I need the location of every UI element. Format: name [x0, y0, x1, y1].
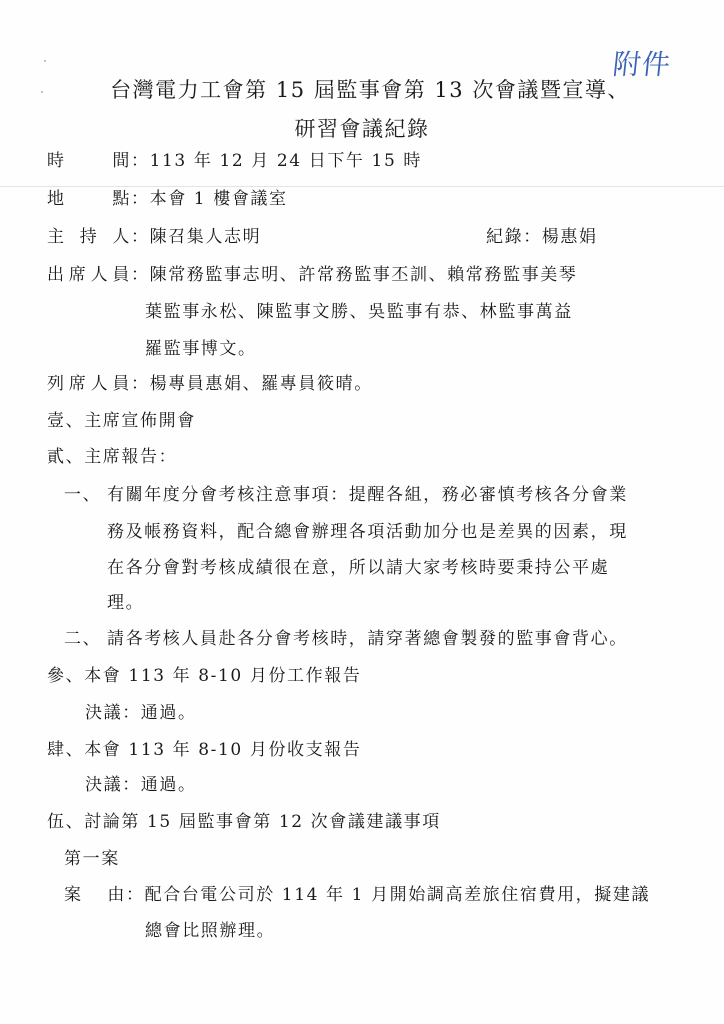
meeting-place: 地 點：本會 1 樓會議室 [47, 188, 288, 210]
document-title-line-1: 台灣電力工會第 15 屆監事會第 13 次會議暨宣導、 [8, 74, 724, 104]
section-3-resolution: 決議：通過。 [85, 702, 197, 724]
case-1-reason: 案 由：配合台電公司於 114 年 1 月開始調高差旅住宿費用，擬建議 [64, 884, 650, 906]
time-label: 時 間 [47, 150, 131, 172]
observers-label: 列席人員 [47, 373, 131, 395]
observers: 列席人員：楊專員惠娟、羅專員筱晴。 [47, 373, 373, 395]
section-5-heading: 伍、討論第 15 屆監事會第 12 次會議建議事項 [47, 811, 441, 833]
attendees-line-1: 出席人員：陳常務監事志明、許常務監事丕訓、賴常務監事美琴 [47, 264, 577, 286]
report-item-1-line-1: 有關年度分會考核注意事項：提醒各組，務必審慎考核各分會業 [107, 484, 628, 506]
meeting-time: 時 間：113 年 12 月 24 日下午 15 時 [47, 150, 422, 172]
document-title-line-2: 研習會議紀錄 [0, 113, 724, 143]
section-2-heading: 貳、主席報告： [47, 446, 177, 468]
case-1-title: 第一案 [64, 848, 120, 870]
time-value: ：113 年 12 月 24 日下午 15 時 [131, 151, 422, 171]
case-reason-label: 案 由 [64, 884, 126, 906]
report-item-2-marker: 二、 [64, 628, 101, 650]
recorder: 紀錄：楊惠娟 [486, 226, 598, 248]
meeting-host: 主 持 人：陳召集人志明 [47, 226, 261, 248]
attendees-label: 出席人員 [47, 264, 131, 286]
place-label: 地 點 [47, 188, 131, 210]
host-value: ：陳召集人志明 [131, 227, 261, 247]
report-item-1-line-4: 理。 [107, 592, 144, 614]
case-reason-value: ：配合台電公司於 114 年 1 月開始調高差旅住宿費用，擬建議 [126, 885, 650, 905]
case-1-reason-line-2: 總會比照辦理。 [145, 920, 275, 942]
report-item-1-line-2: 務及帳務資料，配合總會辦理各項活動加分也是差異的因素，現 [107, 521, 628, 543]
observers-value: ：楊專員惠娟、羅專員筱晴。 [131, 374, 373, 394]
scan-speck [44, 60, 46, 62]
scan-artifact-line [0, 186, 724, 187]
attendees-value: ：陳常務監事志明、許常務監事丕訓、賴常務監事美琴 [131, 265, 577, 285]
document-page: 附件 台灣電力工會第 15 屆監事會第 13 次會議暨宣導、 研習會議紀錄 時 … [0, 0, 724, 1024]
attendees-line-3: 羅監事博文。 [145, 338, 257, 360]
report-item-1-line-3: 在各分會對考核成績很在意，所以請大家考核時要秉持公平處 [107, 557, 609, 579]
section-4-heading: 肆、本會 113 年 8-10 月份收支報告 [47, 739, 361, 761]
report-item-1-marker: 一、 [64, 484, 101, 506]
section-3-heading: 參、本會 113 年 8-10 月份工作報告 [47, 665, 361, 687]
section-4-resolution: 決議：通過。 [85, 774, 197, 796]
attendees-line-2: 葉監事永松、陳監事文勝、吳監事有恭、林監事萬益 [145, 301, 573, 323]
place-value: ：本會 1 樓會議室 [131, 189, 288, 209]
report-item-2-text: 請各考核人員赴各分會考核時，請穿著總會製發的監事會背心。 [107, 628, 628, 650]
host-label: 主 持 人 [47, 226, 131, 248]
section-1-heading: 壹、主席宣佈開會 [47, 410, 196, 432]
